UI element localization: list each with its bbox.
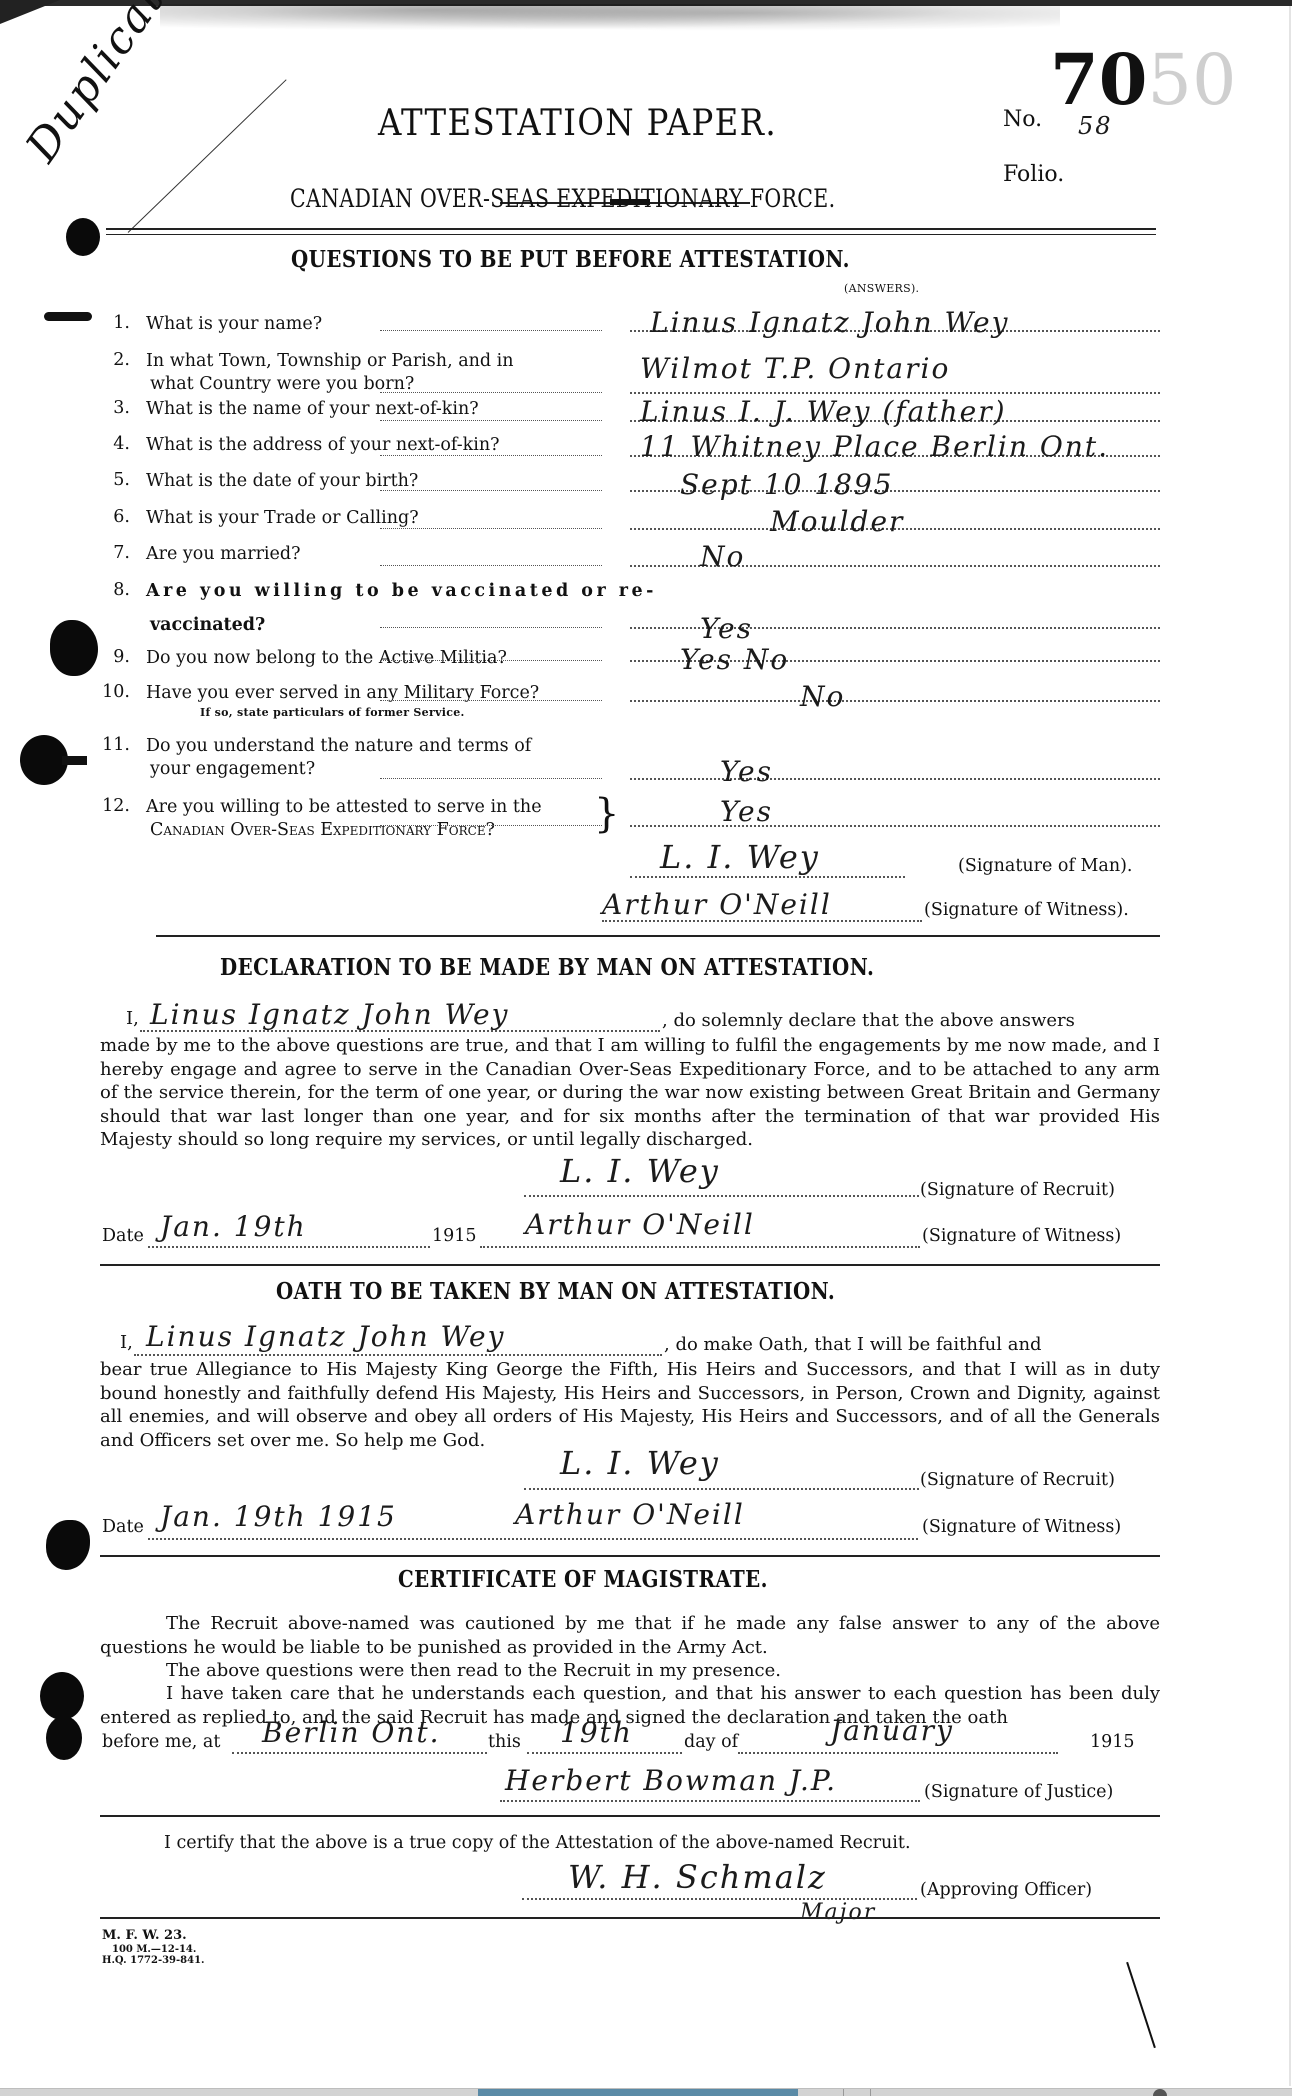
question-leader-dots [380, 455, 602, 456]
question-leader-dots [380, 330, 602, 331]
answer-line [630, 700, 1160, 702]
magistrate-before-label: before me, at [102, 1732, 220, 1752]
question-number: 12. [96, 796, 130, 816]
question-number: 6. [96, 507, 130, 527]
question-number: 2. [96, 350, 130, 370]
section-rule [100, 1555, 1160, 1557]
signature-man-value: L. I. Wey [660, 838, 820, 876]
answer-value: Yes [700, 612, 753, 645]
officer-signature-label: (Approving Officer) [920, 1880, 1092, 1900]
answer-value: Wilmot T.P. Ontario [640, 352, 950, 385]
oath-prefix: I, [120, 1332, 133, 1353]
section-rule [100, 1917, 1160, 1919]
question-text: Are you willing to be attested to serve … [146, 796, 542, 818]
declaration-heading: DECLARATION TO BE MADE BY MAN ON ATTESTA… [220, 954, 874, 981]
officer-signature-value: W. H. Schmalz [568, 1858, 827, 1896]
declaration-date-label: Date [102, 1226, 144, 1246]
question-leader-dots [380, 565, 602, 566]
toolbar-divider [870, 2089, 871, 2096]
question-text: What is your name? [146, 313, 322, 335]
declaration-date-line [148, 1246, 430, 1248]
question-note: If so, state particulars of former Servi… [200, 706, 465, 719]
answer-value: Linus Ignatz John Wey [650, 306, 1009, 339]
answer-value: Yes [720, 795, 773, 828]
magistrate-month: January [830, 1714, 954, 1747]
answer-value: Linus I. J. Wey (father) [640, 395, 1007, 428]
question-number: 4. [96, 434, 130, 454]
answer-value: Moulder [770, 505, 904, 538]
oath-signature-value: L. I. Wey [560, 1444, 720, 1482]
oath-date-line [148, 1538, 918, 1540]
question-leader-dots [380, 420, 602, 421]
question-text: what Country were you born? [150, 373, 414, 395]
document-subtitle: CANADIAN OVER-SEAS EXPEDITIONARY FORCE. [290, 184, 835, 213]
question-text: What is the date of your birth? [146, 470, 418, 492]
declaration-prefix: I, [126, 1008, 139, 1029]
magistrate-para-read: The above questions were then read to th… [100, 1659, 1160, 1683]
question-text: your engagement? [150, 758, 315, 780]
magistrate-this-label: this [488, 1732, 521, 1752]
punch-hole-mark [20, 735, 68, 785]
form-code-line1: M. F. W. 23. [102, 1928, 187, 1943]
form-code-line3: H.Q. 1772-39-841. [102, 1955, 205, 1966]
header-rule [106, 228, 1156, 230]
viewer-progress-segment[interactable] [478, 2089, 798, 2096]
answer-line [630, 825, 1160, 827]
answer-value: 11 Whitney Place Berlin Ont. [640, 430, 1109, 463]
magistrate-heading: CERTIFICATE OF MAGISTRATE. [398, 1566, 768, 1593]
question-text: In what Town, Township or Parish, and in [146, 350, 514, 372]
question-text: vaccinated? [150, 614, 265, 636]
oath-signature-line [524, 1488, 919, 1490]
ink-blot [46, 1520, 90, 1570]
declaration-text: made by me to the above questions are tr… [100, 1034, 1160, 1152]
question-text: Do you now belong to the Active Militia? [146, 647, 507, 669]
number-label: No. [1003, 107, 1042, 132]
header-rule-thin [106, 234, 1156, 235]
oath-witness-label: (Signature of Witness) [922, 1517, 1121, 1537]
magistrate-month-line [738, 1752, 1058, 1754]
answers-label: (ANSWERS). [844, 282, 919, 295]
punch-hole-mark [66, 218, 100, 256]
officer-rank: Major [800, 1900, 876, 1925]
number-correction: 58 [1078, 112, 1113, 140]
form-code-line2: 100 M.—12-14. [112, 1944, 196, 1955]
section-rule [100, 1264, 1160, 1266]
question-text: Are you willing to be vaccinated or re- [146, 580, 657, 602]
section-rule [156, 935, 1160, 937]
magistrate-place-line [232, 1752, 487, 1754]
magistrate-year: 1915 [1090, 1732, 1135, 1752]
duplicate-underline [128, 79, 287, 233]
declaration-signature-label: (Signature of Recruit) [920, 1180, 1115, 1200]
justice-signature-value: Herbert Bowman J.P. [505, 1764, 837, 1797]
declaration-signature-value: L. I. Wey [560, 1152, 720, 1190]
margin-dash-mark [44, 312, 92, 321]
question-leader-dots [380, 627, 602, 628]
oath-name-line [134, 1354, 662, 1356]
oath-text-first: , do make Oath, that I will be faithful … [664, 1334, 1042, 1355]
questions-heading: QUESTIONS TO BE PUT BEFORE ATTESTATION. [291, 246, 850, 273]
toolbar-divider [843, 2089, 844, 2096]
signature-man-label: (Signature of Man). [958, 856, 1133, 876]
folio-label: Folio. [1003, 162, 1064, 187]
question-text: Are you married? [146, 543, 300, 565]
magistrate-para-caution: The Recruit above-named was cautioned by… [100, 1612, 1160, 1659]
oath-date-value: Jan. 19th 1915 [160, 1500, 397, 1533]
question-text: What is the address of your next-of-kin? [146, 434, 500, 456]
question-text: Do you understand the nature and terms o… [146, 735, 531, 757]
oath-name: Linus Ignatz John Wey [146, 1320, 505, 1353]
regimental-number-faint: 50 [1147, 39, 1236, 121]
punch-hole-mark [40, 1672, 84, 1720]
regimental-number-bold: 70 [1050, 38, 1147, 121]
answer-line [630, 392, 1160, 394]
section-rule [100, 1815, 1160, 1817]
magistrate-day-line [527, 1752, 682, 1754]
question-number: 5. [96, 470, 130, 490]
viewer-tool-icon[interactable] [1153, 2089, 1167, 2096]
signature-witness-label: (Signature of Witness). [924, 900, 1129, 920]
oath-text: bear true Allegiance to His Majesty King… [100, 1358, 1160, 1452]
declaration-date-year: 1915 [432, 1226, 477, 1246]
question-number: 10. [96, 682, 130, 702]
signature-man-line [630, 876, 905, 878]
justice-signature-line [500, 1800, 920, 1802]
question-leader-dots [380, 490, 602, 491]
ink-blot [50, 620, 98, 676]
declaration-witness-label: (Signature of Witness) [922, 1226, 1121, 1246]
document-title: ATTESTATION PAPER. [378, 103, 777, 144]
answer-value: Yes [720, 755, 773, 788]
question-number: 8. [96, 580, 130, 600]
question-number: 3. [96, 398, 130, 418]
answer-value: No [800, 680, 845, 713]
magistrate-day: 19th [560, 1716, 633, 1749]
answer-line [630, 778, 1160, 780]
question-text: What is your Trade or Calling? [146, 507, 419, 529]
justice-signature-label: (Signature of Justice) [924, 1782, 1113, 1802]
question-text: What is the name of your next-of-kin? [146, 398, 479, 420]
certification-text: I certify that the above is a true copy … [164, 1833, 911, 1853]
viewer-toolbar [0, 2088, 1292, 2096]
declaration-name: Linus Ignatz John Wey [150, 998, 509, 1031]
question-brace: } [594, 794, 619, 834]
question-leader-dots [380, 778, 602, 779]
document-page: Duplicate ATTESTATION PAPER. CANADIAN OV… [0, 0, 1291, 2086]
question-number: 11. [96, 735, 130, 755]
question-leader-dots [380, 825, 602, 826]
regimental-number: 7050 [1050, 38, 1237, 121]
oath-heading: OATH TO BE TAKEN BY MAN ON ATTESTATION. [276, 1278, 835, 1305]
declaration-witness-line [480, 1246, 920, 1248]
question-text: Canadian Over-Seas Expeditionary Force? [150, 819, 495, 841]
punch-hole-tab [62, 756, 87, 765]
scan-speckle [160, 4, 1060, 34]
question-leader-dots [380, 660, 602, 661]
magistrate-dayof-label: day of [684, 1732, 738, 1752]
pen-stroke [1126, 1962, 1156, 2048]
question-number: 7. [96, 543, 130, 563]
oath-witness-value: Arthur O'Neill [515, 1498, 745, 1531]
declaration-text-first: , do solemnly declare that the above ans… [662, 1010, 1162, 1031]
declaration-witness-value: Arthur O'Neill [525, 1208, 755, 1241]
oath-date-label: Date [102, 1517, 144, 1537]
answer-value: Sept 10 1895 [680, 468, 894, 501]
punch-hole-mark [46, 1716, 82, 1760]
declaration-signature-line [524, 1195, 919, 1197]
question-leader-dots [380, 528, 602, 529]
magistrate-place: Berlin Ont. [262, 1716, 441, 1749]
answer-value: No [700, 540, 745, 573]
answer-value: Yes No [680, 643, 789, 676]
oath-signature-label: (Signature of Recruit) [920, 1470, 1115, 1490]
question-leader-dots [380, 392, 602, 393]
signature-witness-value: Arthur O'Neill [602, 888, 832, 921]
question-leader-dots [380, 700, 602, 701]
question-number: 9. [96, 647, 130, 667]
declaration-date-value: Jan. 19th [160, 1210, 307, 1243]
scan-corner-shadow [0, 0, 60, 24]
question-number: 1. [96, 313, 130, 333]
